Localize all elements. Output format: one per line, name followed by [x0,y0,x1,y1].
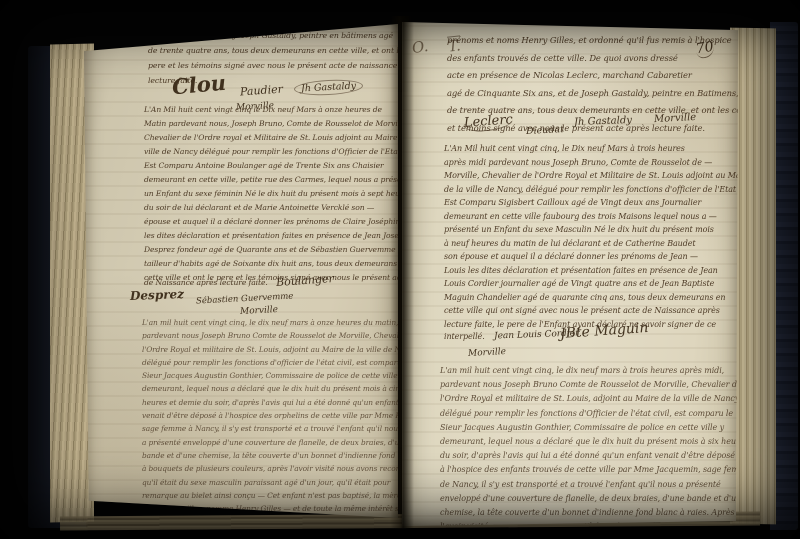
manuscript-line: pardevant nous Joseph Bruno Comte de Rou… [142,329,398,342]
manuscript-line: de trente quatre ans, tous deux demeuran… [148,43,398,58]
manuscript-line: trente neuf ans, et de Joseph Gastaldy, … [148,28,398,43]
manuscript-line: heures et demie du soir, d'après l'avis … [142,396,398,409]
manuscript-line: cette ville qui ont signé avec nous le p… [444,304,738,318]
left-block2: L'An Mil huit cent vingt cinq le Dix neu… [144,103,398,285]
manuscript-line: enveloppé d'une couverture de flanelle, … [440,492,738,506]
manuscript-line: demande qu'il se nomme Henry Gilles — et… [142,502,398,515]
manuscript-line: Maguin Chandelier agé de quarante cinq a… [444,291,738,305]
manuscript-line: son épouse et auquel il a déclaré donner… [444,250,738,264]
manuscript-line: qu'il était du sexe masculin paraissant … [142,476,398,489]
manuscript-line: l'Ordre Royal et militaire de St. Louis,… [142,343,398,356]
manuscript-line: demeurant en cette ville, petite rue des… [144,173,398,187]
manuscript-line: Chevalier de l'Ordre royal et Militaire … [144,131,398,145]
manuscript-line: demeurant, lequel nous a déclaré que le … [440,435,738,449]
manuscript-line: les dites déclaration et présentation fa… [144,229,398,243]
manuscript-line: demeurant en cette ville faubourg des tr… [444,210,738,224]
left-block2-closing: de Naissance après lecture faite. [144,278,268,287]
right-page: O. T. prénoms et noms Henry Gilles, et o… [402,20,738,526]
signature-gastaldy-right: Jh Gastaldy [574,115,632,128]
signature-clou: Clou [171,70,227,100]
manuscript-line: Est Comparu Sigisbert Cailloux agé de Vi… [444,196,738,210]
signature-morville-4: Morville [468,347,506,359]
manuscript-line: à l'hospice des enfants trouvés de cette… [440,463,738,477]
manuscript-line: L'An Mil huit cent vingt cinq, le Dix ne… [444,142,738,156]
manuscript-line: épouse et auquel il a déclaré donner les… [144,215,398,229]
manuscript-line: des enfants trouvés de cette ville. De q… [447,50,738,68]
manuscript-line: délégué pour remplir les fonctions d'Off… [440,407,738,421]
manuscript-line: l'Ordre Royal et militaire de St. Louis,… [440,392,738,406]
manuscript-line: ville de Nancy délégué pour remplir les … [144,145,398,159]
manuscript-line: a présenté enveloppé d'une couverture de… [142,436,398,449]
left-block3: L'an mil huit cent vingt cinq, le dix ne… [142,316,398,515]
left-page: trente neuf ans, et de Joseph Gastaldy, … [84,24,398,518]
manuscript-line: à neuf heures du matin de lui déclarant … [444,237,738,251]
signature-paudier: Paudier [240,83,284,99]
manuscript-line: à bouquets de plusieurs couleurs, après … [142,462,398,475]
manuscript-line: demeurant, lequel nous a déclaré que le … [142,382,398,395]
manuscript-line: Sieur Jacques Augustin Gonthier, Commiss… [142,369,398,382]
manuscript-photo: trente neuf ans, et de Joseph Gastaldy, … [0,0,800,539]
manuscript-line: du soir de lui déclarant et de Marie Ant… [144,201,398,215]
manuscript-line: un Enfant du sexe féminin Né le dix huit… [144,187,398,201]
margin-paraphe-1: O. [411,37,430,57]
right-block3: L'an mil huit cent vingt cinq, le dix ne… [440,364,738,526]
right-block2-closing: interpellé. [444,332,485,341]
manuscript-line: Morville, Chevalier de l'Ordre Royal et … [444,169,738,183]
manuscript-line: chemise, la tête couverte d'un bonnet d'… [440,506,738,520]
manuscript-line: sage femme à Nancy, il s'y est transport… [142,422,398,435]
manuscript-line: remarque au bielet ainsi conçu — Cet enf… [142,489,398,502]
manuscript-line: Desprez fondeur agé de Quarante ans et d… [144,243,398,257]
signature-desprez: Desprez [130,287,184,303]
manuscript-line: délégué pour remplir les fonctions d'off… [142,356,398,369]
manuscript-line: tailleur d'habits agé de Soixante dix hu… [144,257,398,271]
manuscript-line: pere et les témoins signé avec nous le p… [148,58,398,73]
manuscript-line: de Nancy, il s'y est transporté et a tro… [440,478,738,492]
signature-dieudat: Dieudat [526,124,564,137]
manuscript-line: L'an mil huit cent vingt cinq, le dix ne… [142,316,398,329]
manuscript-line: bande et d'une chemise, la tête couverte… [142,449,398,462]
manuscript-line: L'An Mil huit cent vingt cinq le Dix neu… [144,103,398,117]
manuscript-line: L'an mil huit cent vingt cinq, le dix ne… [440,364,738,378]
manuscript-line: après midi pardevant nous Joseph Bruno, … [444,156,738,170]
manuscript-line: présenté un Enfant du sexe Masculin Né l… [444,223,738,237]
manuscript-line: Louis les dites déclaration et présentat… [444,264,738,278]
manuscript-line: pardevant nous Joseph Bruno Comte de Rou… [440,378,738,392]
manuscript-line: acte en présence de Nicolas Leclerc, mar… [447,67,738,85]
signature-boulanger: Boulanger [276,272,335,289]
manuscript-line: du soir, d'après l'avis qui lui a été do… [440,449,738,463]
manuscript-line: Matin pardevant nous, Joseph Bruno, Comt… [144,117,398,131]
manuscript-line: venait d'être déposé à l'hospice des orp… [142,409,398,422]
signature-morville-3: Morville [654,112,697,125]
right-block2: L'An Mil huit cent vingt cinq, le Dix ne… [444,142,738,331]
manuscript-line: Est Comparu Antoine Boulanger agé de Tre… [144,159,398,173]
manuscript-line: Sieur Jacques Augustin Gonthier, Commiss… [440,421,738,435]
manuscript-line: de la ville de Nancy, délégué pour rempl… [444,183,738,197]
signature-sebastien: Sébastien Guervemme [196,291,294,306]
manuscript-line: Louis Cordier journalier agé de Vingt qu… [444,277,738,291]
manuscript-line: agé de Cinquante Six ans, et de Joseph G… [447,85,738,103]
